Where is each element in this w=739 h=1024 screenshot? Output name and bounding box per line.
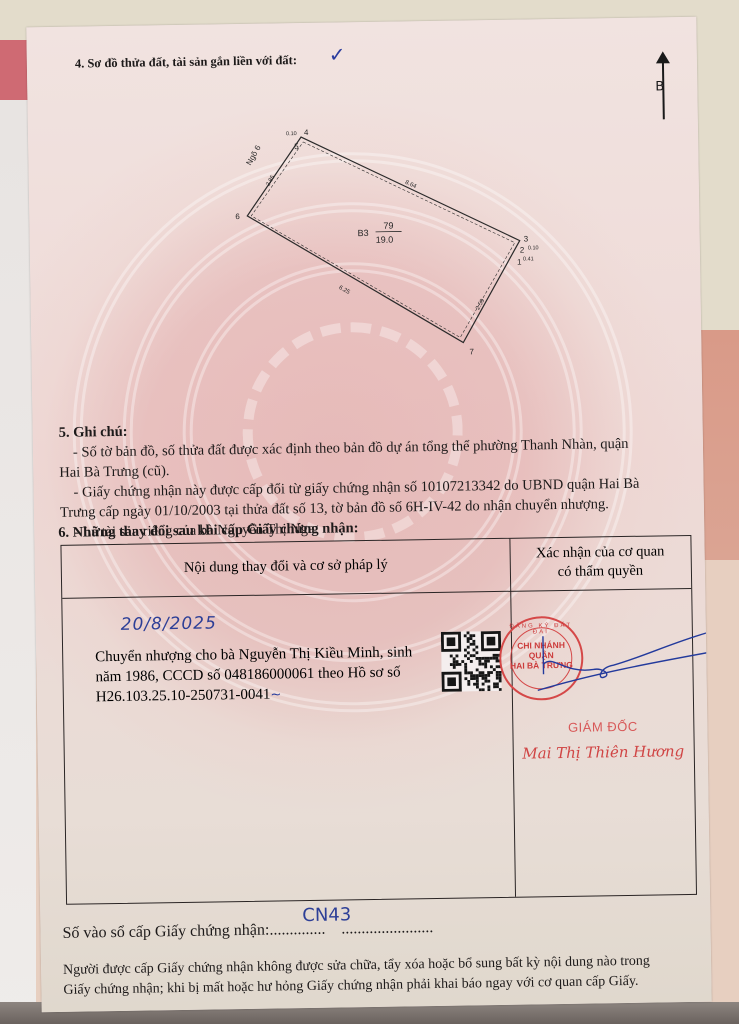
table-row-content: Chuyển nhượng cho bà Nguyễn Thị Kiều Min… bbox=[95, 642, 426, 708]
svg-text:2: 2 bbox=[520, 246, 525, 255]
svg-text:7: 7 bbox=[469, 347, 474, 356]
qr-code-icon bbox=[441, 631, 502, 692]
signer-title: GIÁM ĐỐC bbox=[512, 718, 693, 736]
plot-diagram: 4 0.10 5 6 3 2 0.10 1 0.41 7 B3 79 19.0 … bbox=[228, 119, 552, 364]
file-number: H26.103.25.10-250731-0041 bbox=[96, 687, 271, 706]
north-label: B bbox=[655, 79, 664, 94]
signature-icon bbox=[533, 632, 712, 695]
certificate-page: 4. Sơ đồ thửa đất, tài sản gắn liền với … bbox=[26, 17, 711, 1012]
svg-text:4: 4 bbox=[304, 128, 309, 137]
table-header-confirmation: Xác nhận của cơ quan có thẩm quyền bbox=[509, 542, 691, 583]
svg-text:5: 5 bbox=[294, 142, 299, 151]
svg-text:0.10: 0.10 bbox=[528, 245, 539, 251]
handwritten-check-icon: ✓ bbox=[329, 42, 346, 66]
header-line: Xác nhận của cơ quan bbox=[509, 542, 690, 564]
north-arrow-icon: B bbox=[653, 51, 674, 121]
registry-number: CN43 bbox=[302, 904, 351, 926]
svg-text:6: 6 bbox=[235, 212, 240, 221]
header-line: có thẩm quyền bbox=[510, 561, 691, 583]
changes-table: Nội dung thay đổi và cơ sở pháp lý Xác n… bbox=[60, 535, 697, 905]
initials-mark: ~ bbox=[270, 687, 281, 702]
handwritten-date: 20/8/2025 bbox=[121, 613, 217, 635]
plot-diagram-svg: 4 0.10 5 6 3 2 0.10 1 0.41 7 B3 79 19.0 … bbox=[228, 119, 552, 364]
registry-dots: ....................... bbox=[341, 919, 433, 937]
signer-name: Mai Thị Thiên Hương bbox=[513, 742, 694, 763]
table-header-content: Nội dung thay đổi và cơ sở pháp lý bbox=[62, 555, 510, 579]
header-divider bbox=[62, 588, 691, 599]
svg-text:0.10: 0.10 bbox=[286, 131, 297, 137]
entry-line: H26.103.25.10-250731-0041~ bbox=[96, 682, 426, 708]
svg-text:B3: B3 bbox=[358, 228, 369, 238]
svg-text:1: 1 bbox=[517, 258, 522, 267]
svg-text:6.25: 6.25 bbox=[337, 285, 351, 296]
svg-text:Ngõ 6: Ngõ 6 bbox=[244, 143, 263, 167]
svg-text:79: 79 bbox=[383, 221, 393, 231]
column-divider bbox=[509, 539, 516, 897]
svg-text:0.41: 0.41 bbox=[523, 256, 534, 262]
registry-label: Số vào sổ cấp Giấy chứng nhận: bbox=[62, 922, 269, 942]
svg-text:3: 3 bbox=[524, 234, 529, 243]
svg-text:19.0: 19.0 bbox=[376, 235, 394, 245]
